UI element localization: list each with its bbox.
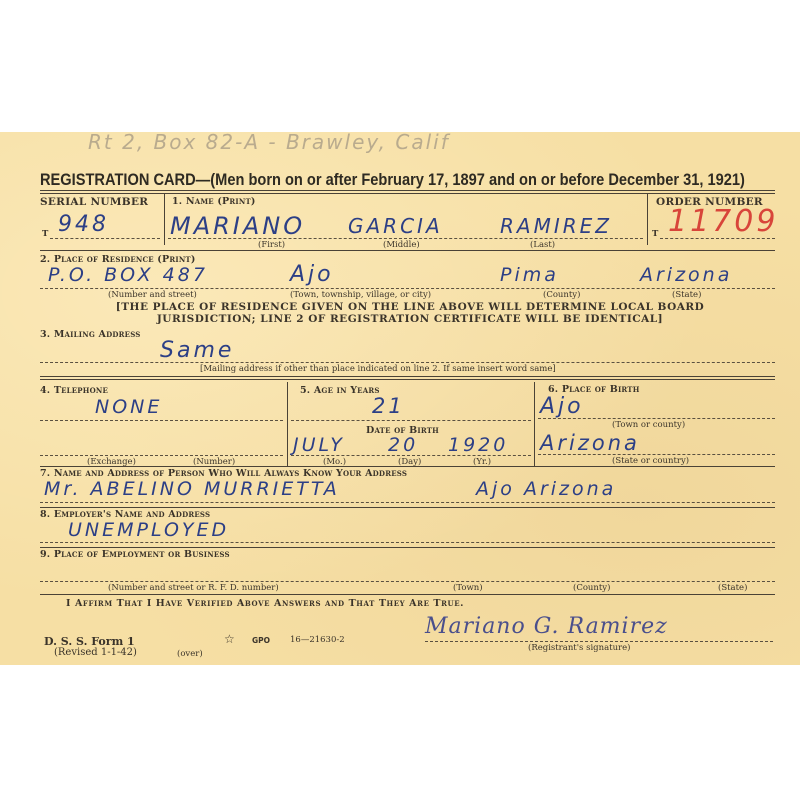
caption-emp-state: (State) [718, 583, 747, 593]
place-of-employment-label: 9. Place of Employment or Business [40, 549, 230, 560]
gpo-label: GPO [252, 636, 270, 645]
residence-town-value[interactable]: Ajo [290, 262, 334, 287]
divider [164, 193, 165, 245]
caption-state-country: (State or country) [612, 456, 689, 466]
mailing-caption: [Mailing address if other than place ind… [200, 364, 556, 374]
name-last-value[interactable]: RAMIREZ [500, 214, 612, 238]
employer-value[interactable]: UNEMPLOYED [68, 519, 229, 541]
over-note: (over) [177, 649, 203, 659]
contact-name-value[interactable]: Mr. ABELINO MURRIETTA [44, 478, 340, 500]
signature-caption: (Registrant's signature) [528, 643, 630, 653]
residence-county-value[interactable]: Pima [500, 264, 559, 286]
signature-line [425, 641, 773, 642]
name-label: 1. Name (Print) [172, 196, 256, 207]
birth-town-value[interactable]: Ajo [540, 394, 584, 419]
caption-town-county: (Town or county) [612, 420, 685, 430]
serial-line [50, 238, 160, 239]
dob-month-value[interactable]: JULY [293, 434, 345, 456]
section-rule [40, 507, 775, 508]
caption-street: (Number and street) [108, 290, 197, 300]
order-prefix: T [652, 229, 658, 239]
section-rule [40, 376, 775, 380]
gpo-number: 16—21630-2 [290, 635, 345, 645]
caption-last: (Last) [530, 240, 555, 250]
mailing-address-label: 3. Mailing Address [40, 329, 141, 340]
dob-line [291, 455, 531, 456]
divider [287, 382, 288, 466]
birth-state-line [538, 454, 775, 455]
telephone-label: 4. Telephone [40, 385, 108, 396]
telephone-value[interactable]: NONE [95, 396, 162, 418]
caption-emp-county: (County) [573, 583, 610, 593]
title-rule [40, 190, 775, 194]
name-line [168, 238, 643, 239]
residence-notice: [THE PLACE OF RESIDENCE GIVEN ON THE LIN… [80, 301, 740, 325]
section-rule [40, 547, 775, 548]
telephone-line-2 [40, 455, 283, 456]
employment-line [40, 581, 775, 582]
notice-line-2: JURISDICTION; LINE 2 OF REGISTRATION CER… [80, 313, 740, 325]
caption-street-rfd: (Number and street or R. F. D. number) [108, 583, 279, 593]
divider [534, 382, 535, 466]
order-number-value[interactable]: 11709 [668, 204, 778, 239]
contact-address-value[interactable]: Ajo Arizona [476, 478, 616, 500]
age-value[interactable]: 21 [372, 394, 405, 418]
serial-prefix: T [42, 229, 48, 239]
telephone-line-1 [40, 420, 283, 421]
form-revised: (Revised 1-1-42) [54, 647, 137, 658]
contact-line [40, 502, 775, 503]
registrant-signature[interactable]: Mariano G. Ramirez [425, 614, 668, 639]
residence-street-value[interactable]: P.O. BOX 487 [48, 264, 208, 286]
divider [647, 193, 648, 245]
star-icon: ☆ [224, 632, 235, 646]
section-rule [40, 594, 775, 595]
age-line [291, 420, 531, 421]
caption-middle: (Middle) [383, 240, 420, 250]
caption-first: (First) [258, 240, 285, 250]
mailing-line [40, 362, 775, 363]
residence-state-value[interactable]: Arizona [640, 264, 732, 286]
caption-county: (County) [543, 290, 580, 300]
pencil-annotation: Rt 2, Box 82-A - Brawley, Calif [88, 130, 450, 154]
affirmation-text: I Affirm That I Have Verified Above Answ… [66, 598, 464, 609]
registration-card: Rt 2, Box 82-A - Brawley, Calif REGISTRA… [0, 132, 800, 665]
caption-state: (State) [672, 290, 701, 300]
name-middle-value[interactable]: GARCIA [348, 214, 443, 238]
birth-town-line [538, 418, 775, 419]
serial-number-value[interactable]: 948 [58, 212, 109, 237]
employer-line [40, 542, 775, 543]
serial-number-label: SERIAL NUMBER [40, 196, 148, 208]
card-title: REGISTRATION CARD—(Men born on or after … [40, 170, 745, 190]
caption-town: (Town, township, village, or city) [290, 290, 431, 300]
name-first-value[interactable]: MARIANO [170, 212, 305, 240]
birth-state-value[interactable]: Arizona [540, 431, 640, 455]
section-rule [40, 250, 775, 251]
age-label: 5. Age in Years [300, 385, 380, 396]
mailing-address-value[interactable]: Same [160, 338, 234, 363]
dob-day-value[interactable]: 20 [388, 434, 418, 456]
notice-line-1: [THE PLACE OF RESIDENCE GIVEN ON THE LIN… [80, 301, 740, 313]
residence-line [40, 288, 775, 289]
dob-year-value[interactable]: 1920 [448, 434, 508, 456]
order-line [660, 238, 775, 239]
section-rule [40, 466, 775, 467]
caption-emp-town: (Town) [453, 583, 483, 593]
